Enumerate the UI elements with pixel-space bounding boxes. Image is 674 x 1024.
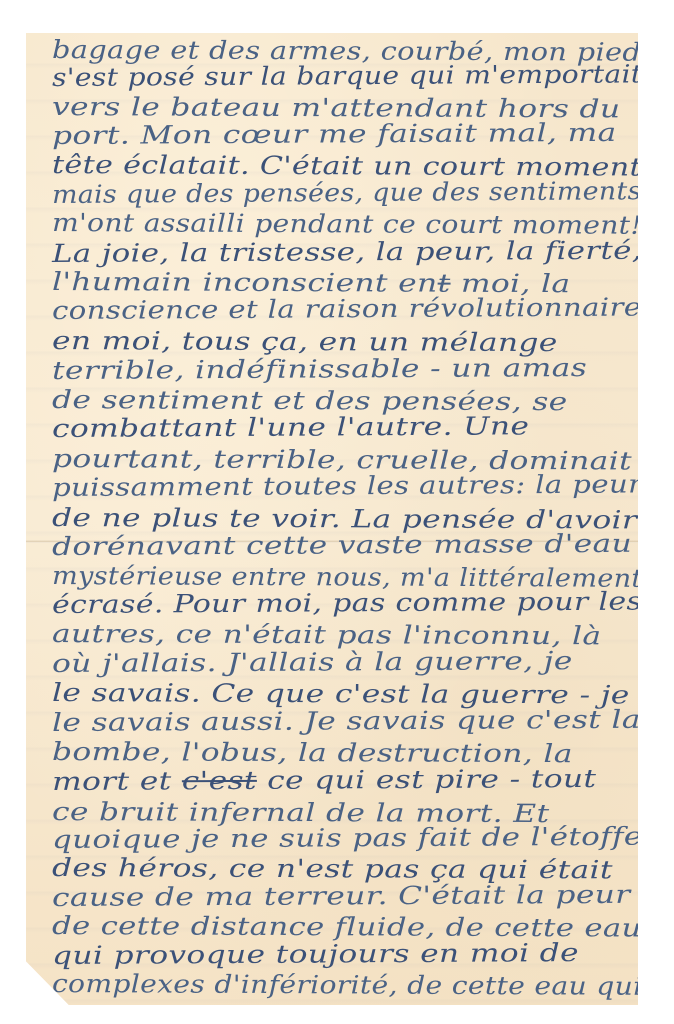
text-line: qui provoque toujours en moi de [52,940,579,968]
text-segment: La joie, la tristesse, la peur, la fiert… [52,235,642,267]
text-line: combattant l'une l'autre. Une [52,413,529,441]
text-line: des héros, ce n'est pas ça qui était [52,855,613,882]
text-line: mort et c'est ce qui est pire - tout [52,766,597,794]
text-line: le savais. Ce que c'est la guerre - je [52,680,630,707]
text-line: en moi, tous ça, en un mélange [52,328,558,355]
text-segment: en moi, tous ça, en un mélange [52,326,558,357]
text-segment: combattant l'une l'autre. Une [52,411,529,443]
text-segment: s'est posé sur la barque qui m'emportait [52,59,643,92]
text-segment: le savais aussi. Je savais que c'est la [52,704,641,736]
text-line: dorénavant cette vaste masse d'eau [52,531,632,559]
text-line: écrasé. Pour moi, pas comme pour les [52,589,642,617]
text-segment: écrasé. Pour moi, pas comme pour les [52,587,642,619]
text-line: vers le bateau m'attendant hors du [52,94,621,121]
letter-page: bagage et des armes, courbé, mon pieds'e… [26,33,638,1005]
text-line: quoique je ne suis pas fait de l'étoffe [52,824,643,852]
text-segment: où j'allais. J'allais à la guerre, je [52,646,573,678]
text-line: bombe, l'obus, la destruction, la [52,739,573,766]
text-line: de cette distance fluide, de cette eau [52,913,642,941]
text-segment: conscience et la raison révolutionnaire [52,292,642,325]
text-line: m'ont assailli pendant ce court moment! [52,210,642,238]
text-segment: quoique je ne suis pas fait de l'étoffe [52,822,643,854]
text-segment: bombe, l'obus, la destruction, la [52,737,573,768]
handwritten-text-body: bagage et des armes, courbé, mon pieds'e… [26,33,638,1005]
text-segment: terrible, indéfinissable - un amas [52,353,587,385]
text-segment: mais que des pensées, que des sentiments [52,176,642,209]
text-segment: mort et [52,766,182,796]
text-segment: cause de ma terreur. C'était la peur [52,880,631,912]
text-line: tête éclatait. C'était un court moment [52,152,642,180]
text-line: ce bruit infernal de la mort. Et [52,799,550,826]
text-line: mais que des pensées, que des sentiments [52,178,642,207]
text-line: s'est posé sur la barque qui m'emportait [52,61,643,90]
text-line: cause de ma terreur. C'était la peur [52,882,631,910]
text-line: La joie, la tristesse, la peur, la fiert… [52,237,642,265]
text-segment: complexes d'infériorité, de cette eau qu… [52,969,643,1001]
text-segment: dorénavant cette vaste masse d'eau [52,529,632,561]
text-line: puissamment toutes les autres: la peur [52,471,643,500]
text-segment: ce qui est pire - tout [257,764,597,795]
text-line: autres, ce n'était pas l'inconnu, là [52,621,602,648]
text-line: le savais aussi. Je savais que c'est la [52,706,641,734]
text-line: port. Mon cœur me faisait mal, ma [52,120,617,148]
text-line: l'humain inconscient ent moi, la [52,269,571,296]
text-segment: port. Mon cœur me faisait mal, ma [52,118,617,150]
text-line: terrible, indéfinissable - un amas [52,355,587,383]
text-line: complexes d'infériorité, de cette eau qu… [52,971,643,999]
text-line: conscience et la raison révolutionnaire [52,294,642,323]
text-segment: qui provoque toujours en moi de [52,938,579,970]
text-segment: puissamment toutes les autres: la peur [52,469,643,502]
struck-out-word: c'est [182,766,257,795]
text-line: où j'allais. J'allais à la guerre, je [52,648,573,676]
